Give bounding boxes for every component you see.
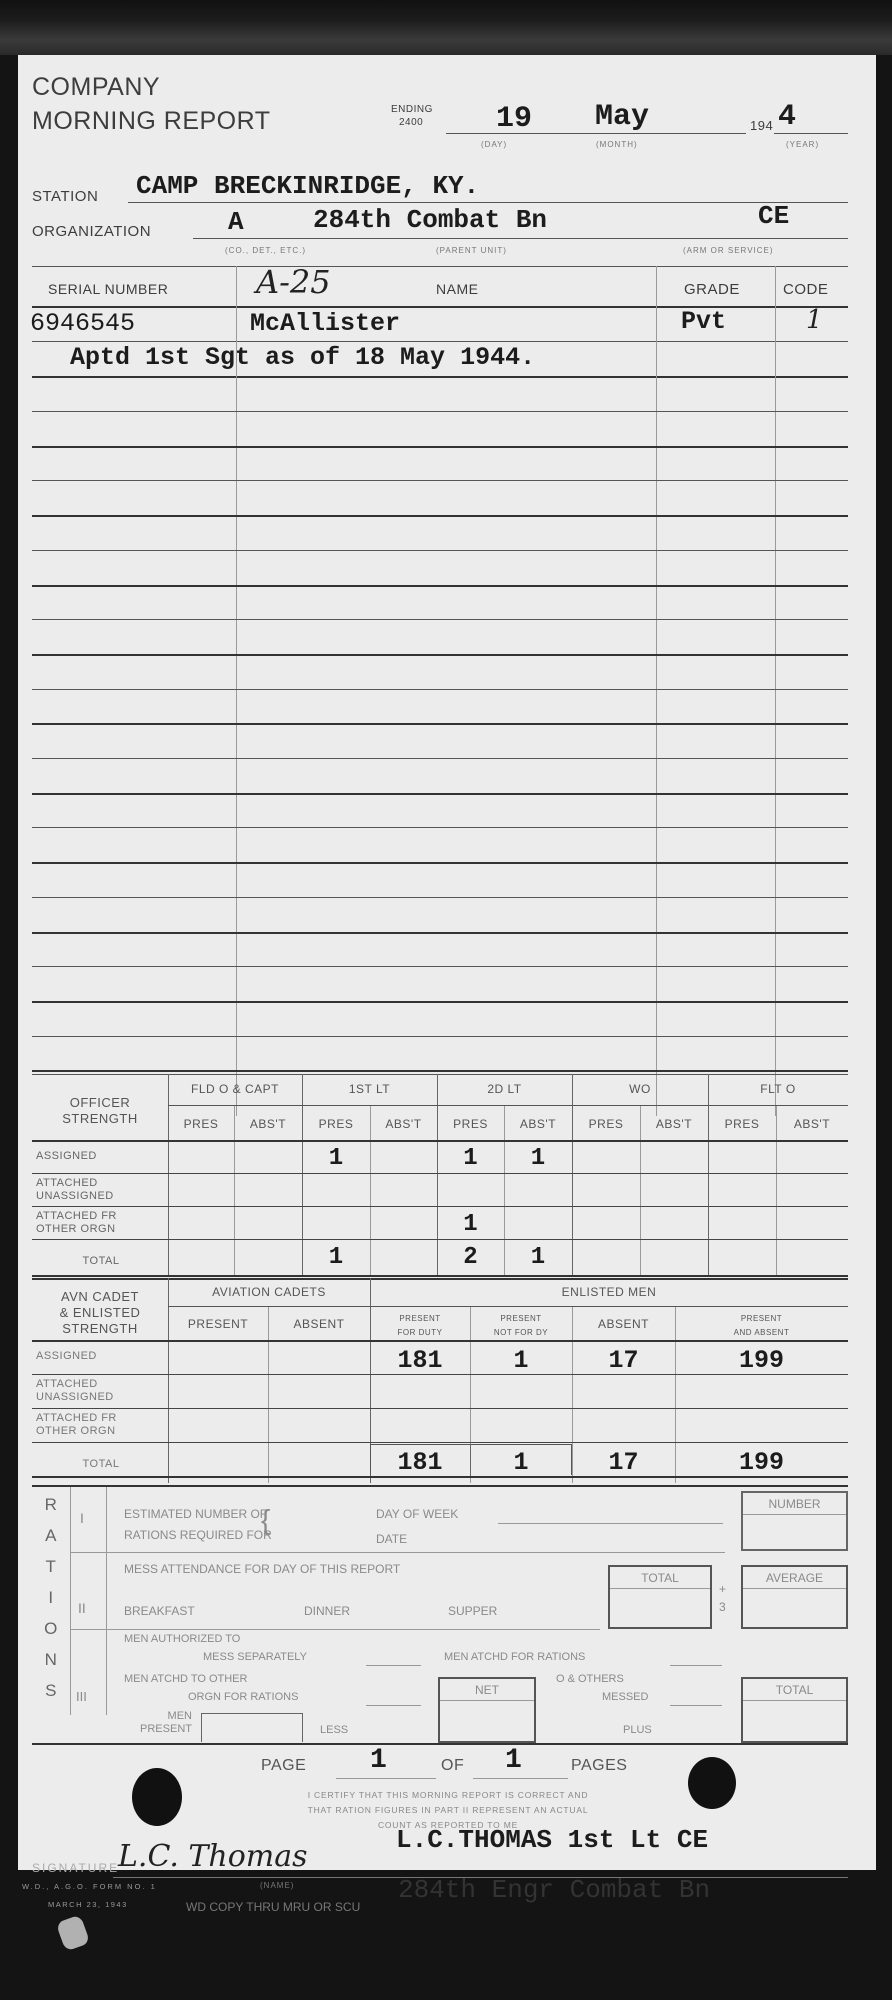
- page-number-line: [336, 1778, 436, 1779]
- form-title-line1: COMPANY: [32, 73, 160, 102]
- total-box[interactable]: TOTAL: [608, 1565, 712, 1629]
- officer-subheader: ABS'T: [370, 1117, 437, 1131]
- roster-col-divider: [236, 266, 237, 1116]
- ruled-line: [32, 585, 848, 587]
- part-i-numeral: I: [80, 1510, 84, 1526]
- net-box[interactable]: NET: [438, 1677, 536, 1743]
- men-authorized-line2: MESS SEPARATELY: [203, 1651, 307, 1663]
- officer-cell[interactable]: 1: [437, 1145, 504, 1172]
- men-authorized-line1: MEN AUTHORIZED TO: [124, 1633, 240, 1645]
- rations-letter: A: [32, 1526, 70, 1546]
- dinner-label: DINNER: [304, 1604, 350, 1618]
- officer-group-header: WO: [572, 1082, 708, 1096]
- enlisted-row-label: ASSIGNED: [36, 1350, 166, 1363]
- brace-icon: {: [261, 1504, 270, 1536]
- day-of-week-label: DAY OF WEEK: [376, 1507, 458, 1521]
- total-box-divider: [470, 1444, 471, 1476]
- serial-number-header: SERIAL NUMBER: [48, 281, 168, 297]
- of-label: OF: [441, 1757, 464, 1775]
- ruled-line: [32, 550, 848, 551]
- signature-label: SIGNATURE: [32, 1861, 119, 1875]
- signature-script[interactable]: L.C. Thomas: [118, 1839, 308, 1874]
- report-year-digit[interactable]: 4: [778, 100, 796, 134]
- officer-header-rule: [32, 1140, 848, 1142]
- officer-row-rule: [32, 1173, 848, 1174]
- enlisted-cell[interactable]: 181: [370, 1346, 470, 1375]
- scan-top-border: [0, 0, 892, 55]
- station-value[interactable]: CAMP BRECKINRIDGE, KY.: [136, 171, 479, 201]
- breakfast-label: BREAKFAST: [124, 1604, 195, 1618]
- plus-sign: +: [719, 1582, 726, 1596]
- officer-group-header: FLT O: [708, 1082, 848, 1096]
- officer-subheader: PRES: [708, 1117, 776, 1131]
- enlisted-row-label: ATTACHED FROTHER ORGN: [36, 1412, 166, 1438]
- ruled-line: [32, 758, 848, 759]
- average-box-label: AVERAGE: [743, 1567, 846, 1589]
- ruled-line: [32, 446, 848, 448]
- enlisted-men-header: ENLISTED MEN: [370, 1285, 848, 1299]
- name-caption: (NAME): [260, 1881, 294, 1890]
- enlisted-label-line1: AVN CADET: [32, 1289, 168, 1305]
- enlisted-subheader: ABSENT: [268, 1317, 370, 1331]
- enlisted-table-top: [32, 1278, 848, 1280]
- day-of-week-field[interactable]: [498, 1523, 723, 1524]
- roster-row-rule: [32, 341, 848, 342]
- ruled-line: [32, 654, 848, 656]
- total-box-label: TOTAL: [610, 1567, 710, 1589]
- men-atchd-for-rations: MEN ATCHD FOR RATIONS: [444, 1651, 585, 1663]
- mess-separately-field[interactable]: [366, 1665, 421, 1666]
- officer-row-rule: [32, 1239, 848, 1240]
- ruled-line: [32, 966, 848, 967]
- enlisted-row-rule: [32, 1374, 848, 1375]
- officer-row-label: TOTAL: [36, 1255, 166, 1268]
- enlisted-subheader: PRESENTAND ABSENT: [675, 1312, 848, 1340]
- rations-letter: R: [32, 1495, 70, 1515]
- form-date: MARCH 23, 1943: [48, 1900, 128, 1909]
- ruled-line: [32, 862, 848, 864]
- organization-company[interactable]: A: [228, 207, 244, 237]
- total-present-box: [370, 1444, 572, 1475]
- punch-hole-left: [132, 1768, 182, 1826]
- page-number[interactable]: 1: [370, 1745, 387, 1776]
- plus-label: PLUS: [623, 1724, 652, 1736]
- enlisted-cell[interactable]: 199: [675, 1448, 848, 1477]
- day-caption: (DAY): [481, 140, 507, 149]
- mess-attendance-heading: MESS ATTENDANCE FOR DAY OF THIS REPORT: [124, 1562, 400, 1576]
- part-i-bottom: [70, 1552, 725, 1553]
- ruled-line: [32, 411, 848, 412]
- officer-row-rule: [32, 1206, 848, 1207]
- part-i-line2: RATIONS REQUIRED FOR: [124, 1528, 272, 1542]
- enlisted-cell[interactable]: 199: [675, 1346, 848, 1375]
- enlisted-row-rule: [32, 1442, 848, 1443]
- enlisted-strength-label: AVN CADET & ENLISTED STRENGTH: [32, 1289, 168, 1337]
- enlisted-cell[interactable]: 17: [572, 1448, 675, 1477]
- enlisted-label-line2: & ENLISTED: [32, 1305, 168, 1321]
- certify-line2: THAT RATION FIGURES IN PART II REPRESENT…: [238, 1803, 658, 1818]
- o-others-line2: MESSED: [602, 1691, 648, 1703]
- enlisted-group-rule: [168, 1306, 848, 1307]
- ending-label: ENDING: [391, 104, 433, 115]
- officer-cell[interactable]: 1: [437, 1211, 504, 1238]
- enlisted-subheader: ABSENT: [572, 1317, 675, 1331]
- roster-col-divider: [775, 266, 776, 1116]
- o-others-field[interactable]: [670, 1705, 722, 1706]
- arm-caption: (ARM OR SERVICE): [683, 246, 774, 255]
- officer-subheader: ABS'T: [234, 1117, 302, 1131]
- station-line: [128, 202, 848, 203]
- enlisted-row-label: ATTACHEDUNASSIGNED: [36, 1378, 166, 1404]
- enlisted-subheader: PRESENTFOR DUTY: [370, 1312, 470, 1340]
- enlisted-cell[interactable]: 1: [470, 1346, 572, 1375]
- page-total[interactable]: 1: [505, 1745, 522, 1776]
- aviation-cadets-header: AVIATION CADETS: [168, 1285, 370, 1299]
- year-caption: (YEAR): [786, 140, 819, 149]
- officer-cell[interactable]: 1: [302, 1145, 370, 1172]
- number-box-label: NUMBER: [743, 1493, 846, 1515]
- month-caption: (MONTH): [596, 140, 638, 149]
- officer-table-top: [32, 1070, 848, 1072]
- company-caption: (CO., DET., ETC.): [225, 246, 306, 255]
- men-atchd-other-line1: MEN ATCHD TO OTHER: [124, 1673, 247, 1685]
- officer-table-top-2: [32, 1074, 848, 1075]
- organization-line: [193, 238, 848, 239]
- rations-total-label: TOTAL: [743, 1679, 846, 1701]
- report-day[interactable]: 19: [496, 102, 532, 136]
- enlisted-row-rule: [32, 1408, 848, 1409]
- signer-name-rank[interactable]: L.C.THOMAS 1st Lt CE: [396, 1825, 708, 1855]
- year-prefix: 194: [750, 118, 773, 133]
- officer-subheader: PRES: [302, 1117, 370, 1131]
- enlisted-row-label: TOTAL: [36, 1458, 166, 1471]
- average-box[interactable]: AVERAGE: [741, 1565, 848, 1629]
- men-atchd-other-line2: ORGN FOR RATIONS: [188, 1691, 298, 1703]
- rations-letter: S: [32, 1681, 70, 1701]
- organization-arm[interactable]: CE: [758, 201, 789, 231]
- rations-total-box[interactable]: TOTAL: [741, 1677, 848, 1743]
- rations-letter: I: [32, 1588, 70, 1608]
- officer-group-rule: [168, 1105, 848, 1106]
- organization-parent-unit[interactable]: 284th Combat Bn: [313, 205, 547, 235]
- men-present-line1: MEN: [110, 1710, 192, 1723]
- parent-unit-caption: (PARENT UNIT): [436, 246, 507, 255]
- form-number: W.D., A.G.O. FORM NO. 1: [22, 1882, 157, 1891]
- ruled-line: [32, 689, 848, 690]
- officer-subheader: PRES: [437, 1117, 504, 1131]
- number-box[interactable]: NUMBER: [741, 1491, 848, 1551]
- ruled-line: [32, 793, 848, 795]
- page-total-line: [473, 1778, 568, 1779]
- officer-subheader: PRES: [168, 1117, 234, 1131]
- officer-strength-label: OFFICER STRENGTH: [32, 1095, 168, 1127]
- roster-top-rule: [32, 266, 848, 267]
- ruled-line: [32, 1001, 848, 1003]
- less-label: LESS: [320, 1724, 348, 1736]
- scan-artifact: [56, 1914, 91, 1951]
- officer-row-label: ATTACHED FROTHER ORGN: [36, 1210, 166, 1236]
- supper-label: SUPPER: [448, 1604, 497, 1618]
- divide-by-three: 3: [719, 1600, 726, 1614]
- atchd-for-rations-field[interactable]: [670, 1665, 722, 1666]
- wd-copy-note: WD COPY THRU MRU OR SCU: [186, 1900, 360, 1914]
- part-iii-numeral: III: [76, 1689, 87, 1704]
- rations-top-rule: [32, 1485, 848, 1487]
- enlisted-col-divider: [268, 1306, 269, 1483]
- station-label: STATION: [32, 188, 98, 205]
- grade-value: Pvt: [681, 307, 726, 336]
- enlisted-subheader: PRESENTNOT FOR DY: [470, 1312, 572, 1340]
- part-ii-numeral: II: [78, 1600, 86, 1616]
- officer-cell[interactable]: 2: [437, 1244, 504, 1271]
- page-label: PAGE: [261, 1757, 306, 1775]
- rations-letter: N: [32, 1650, 70, 1670]
- o-others-line1: O & OTHERS: [556, 1673, 624, 1685]
- rations-letter: O: [32, 1619, 70, 1639]
- grade-header: GRADE: [684, 281, 740, 298]
- name-header: NAME: [436, 281, 478, 297]
- part-ii-bottom: [70, 1629, 600, 1630]
- ruled-line: [32, 480, 848, 481]
- form-title-line2: MORNING REPORT: [32, 107, 271, 136]
- code-header: CODE: [783, 281, 828, 298]
- officer-group-header: 1ST LT: [302, 1082, 437, 1096]
- handwritten-note: A-25: [256, 263, 331, 301]
- officer-subheader: ABS'T: [504, 1117, 572, 1131]
- net-box-label: NET: [440, 1679, 534, 1701]
- rations-bottom-rule: [32, 1743, 848, 1745]
- enlisted-header-rule: [32, 1340, 848, 1342]
- ruled-line: [32, 619, 848, 620]
- officer-label-line1: OFFICER: [32, 1095, 168, 1111]
- ruled-line: [32, 932, 848, 934]
- report-month[interactable]: May: [595, 100, 649, 134]
- officer-subheader: PRES: [572, 1117, 640, 1131]
- officer-row-label: ATTACHEDUNASSIGNED: [36, 1177, 166, 1203]
- serial-number-value: 6946545: [30, 309, 135, 338]
- ruled-line: [32, 897, 848, 898]
- roster-col-divider: [656, 266, 657, 1116]
- ruled-line: [32, 827, 848, 828]
- officer-row-rule: [32, 1275, 848, 1277]
- ending-time: 2400: [399, 117, 423, 128]
- men-present-line2: PRESENT: [110, 1723, 192, 1736]
- name-value: McAllister: [250, 309, 400, 338]
- officer-subheader: ABS'T: [776, 1117, 848, 1131]
- year-line: [774, 133, 848, 134]
- pages-label: PAGES: [571, 1757, 627, 1775]
- enlisted-subheader: PRESENT: [168, 1317, 268, 1331]
- officer-cell[interactable]: 1: [302, 1244, 370, 1271]
- remark-text[interactable]: Aptd 1st Sgt as of 18 May 1944.: [70, 343, 535, 372]
- men-present-label: MEN PRESENT: [110, 1710, 192, 1736]
- part-i-line1: ESTIMATED NUMBER OF: [124, 1507, 267, 1521]
- atchd-other-field[interactable]: [366, 1705, 421, 1706]
- rations-col-divider: [70, 1487, 71, 1715]
- enlisted-cell[interactable]: 17: [572, 1346, 675, 1375]
- signer-unit[interactable]: 284th Engr Combat Bn: [398, 1875, 710, 1905]
- ruled-line: [32, 723, 848, 725]
- rations-letter: T: [32, 1557, 70, 1577]
- enlisted-col-divider: [168, 1278, 169, 1483]
- officer-label-line2: STRENGTH: [32, 1111, 168, 1127]
- remark-rule: [32, 376, 848, 378]
- date-label: DATE: [376, 1532, 407, 1546]
- organization-label: ORGANIZATION: [32, 223, 151, 240]
- enlisted-label-line3: STRENGTH: [32, 1321, 168, 1337]
- ruled-line: [32, 515, 848, 517]
- officer-group-header: 2D LT: [437, 1082, 572, 1096]
- officer-group-header: FLD O & CAPT: [168, 1082, 302, 1096]
- rations-col-divider: [106, 1487, 107, 1715]
- morning-report-form: COMPANY MORNING REPORT ENDING 2400 19 (D…: [18, 55, 876, 1870]
- punch-hole-right: [688, 1757, 736, 1809]
- men-present-box[interactable]: [201, 1713, 303, 1742]
- code-value: 1: [806, 305, 823, 335]
- officer-cell[interactable]: 1: [504, 1145, 572, 1172]
- officer-cell[interactable]: 1: [504, 1244, 572, 1271]
- officer-subheader: ABS'T: [640, 1117, 708, 1131]
- enlisted-row-rule: [32, 1476, 848, 1478]
- certify-line1: I CERTIFY THAT THIS MORNING REPORT IS CO…: [238, 1788, 658, 1803]
- officer-row-label: ASSIGNED: [36, 1150, 166, 1163]
- ruled-line: [32, 1036, 848, 1037]
